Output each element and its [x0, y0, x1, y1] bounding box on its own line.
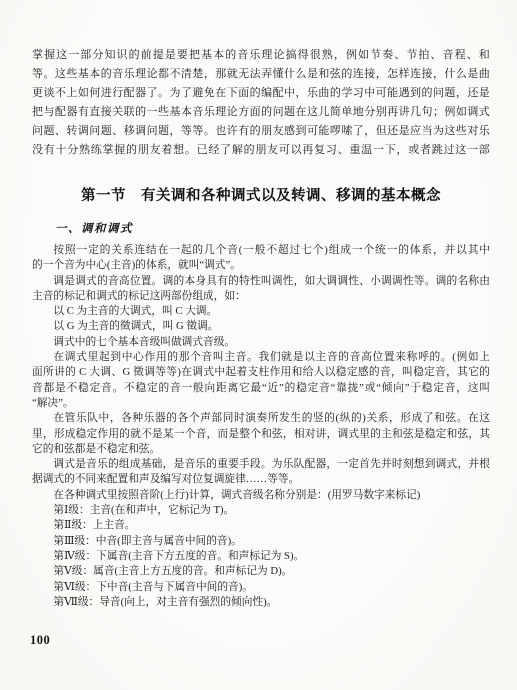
text-line: 它的和弦都是不稳定和弦。 [32, 442, 490, 457]
text-line: 以 G 为主音的徵调式，叫 G 徵调。 [32, 319, 490, 334]
intro-paragraph: 掌握这一部分知识的前提是要把基本的音乐理论搞得很熟，例如节奏、节拍、音程、和弦…… [32, 46, 490, 160]
degree-list: 第Ⅰ级：主音(在和声中，它标记为 T)。第Ⅱ级：上主音。第Ⅲ级：中音(即主音与属… [32, 503, 490, 610]
text-line: 第Ⅱ级：上主音。 [32, 518, 490, 533]
text-line: 第Ⅶ级：导音(向上，对主音有强烈的倾向性)。 [32, 595, 490, 610]
text-line: 把与配器有直接关联的一些基本音乐理论方面的问题在这儿简单地分别再讲几句；例如调式 [32, 103, 490, 122]
text-line: 问题、转调问题、移调问题，等等。也许有的朋友感到可能啰嗦了，但还是应当为这些对乐… [32, 122, 490, 141]
text-line: 更谈不上如何进行配器了。为了避免在下面的编配中，乐曲的学习中可能遇到的问题，还是… [32, 84, 490, 103]
text-line: 第Ⅳ级：下属音(主音下方五度的音。和声标记为 S)。 [32, 549, 490, 564]
text-line: 调是调式的音高位置。调的本身具有的特性叫调性，如大调调性、小调调性等。调的名称由 [32, 274, 490, 289]
text-line: 第Ⅲ级：中音(即主音与属音中间的音)。 [32, 534, 490, 549]
text-line: 在各种调式里按照音阶(上行)计算，调式音级名称分别是：(用罗马数字来标记) [32, 488, 490, 503]
subsection-title: 一、调和调式 [32, 220, 490, 236]
text-line: 以 C 为主音的大调式，叫 C 大调。 [32, 304, 490, 319]
body-paragraphs: 按照一定的关系连结在一起的几个音(一般不超过七个)组成一个统一的体系，并以其中的… [32, 243, 490, 503]
text-line: 主音的标记和调式的标记这两部份组成，如： [32, 289, 490, 304]
text-line: 第Ⅰ级：主音(在和声中，它标记为 T)。 [32, 503, 490, 518]
text-line: 里，形成稳定作用的就不是某一个音，而是整个和弦，相对讲，调式里的主和弦是稳定和弦… [32, 427, 490, 442]
text-line: 没有十分熟练掌握的朋友着想。已经了解的朋友可以再复习、重温一下，或者跳过这一部份… [32, 141, 490, 160]
text-line: 第Ⅴ级：属音(主音上方五度的音。和声标记为 D)。 [32, 564, 490, 579]
text-line: 按照一定的关系连结在一起的几个音(一般不超过七个)组成一个统一的体系，并以其中 [32, 243, 490, 258]
text-line: 据调式的不同来配置和声及编写对位复调旋律……等等。 [32, 472, 490, 487]
section-title: 第一节 有关调和各种调式以及转调、移调的基本概念 [32, 184, 490, 205]
text-line: 面所讲的 C 大调、G 徵调等等)在调式中起着支柱作用和给人以稳定感的音，叫稳定… [32, 365, 490, 380]
text-line: 音都是不稳定音。不稳定的音一般向距离它最“近”的稳定音“靠拢”或“倾向”于稳定音… [32, 381, 490, 396]
page-number: 100 [30, 633, 50, 648]
text-line: “解决”。 [32, 396, 490, 411]
text-line: 掌握这一部分知识的前提是要把基本的音乐理论搞得很熟，例如节奏、节拍、音程、和弦…… [32, 46, 490, 65]
page-content: 掌握这一部分知识的前提是要把基本的音乐理论搞得很熟，例如节奏、节拍、音程、和弦…… [32, 46, 490, 610]
text-line: 调式是音乐的组成基础，是音乐的重要手段。为乐队配器，一定首先并时刻想到调式，并根 [32, 457, 490, 472]
text-line: 在调式里起到中心作用的那个音叫主音。我们就是以主音的音高位置来称呼的。(例如上 [32, 350, 490, 365]
text-line: 第Ⅵ级：下中音(主音与下属音中间的音)。 [32, 580, 490, 595]
text-line: 等。这些基本的音乐理论都不清楚，那就无法弄懂什么是和弦的连接，怎样连接，什么是曲… [32, 65, 490, 84]
text-line: 的一个音为中心(主音)的体系，就叫“调式”。 [32, 258, 490, 273]
text-line: 在管乐队中，各种乐器的各个声部同时演奏所发生的竖的(纵的)关系，形成了和弦。在这 [32, 411, 490, 426]
text-line: 调式中的七个基本音级叫做调式音级。 [32, 335, 490, 350]
book-page: 掌握这一部分知识的前提是要把基本的音乐理论搞得很熟，例如节奏、节拍、音程、和弦…… [0, 0, 517, 690]
